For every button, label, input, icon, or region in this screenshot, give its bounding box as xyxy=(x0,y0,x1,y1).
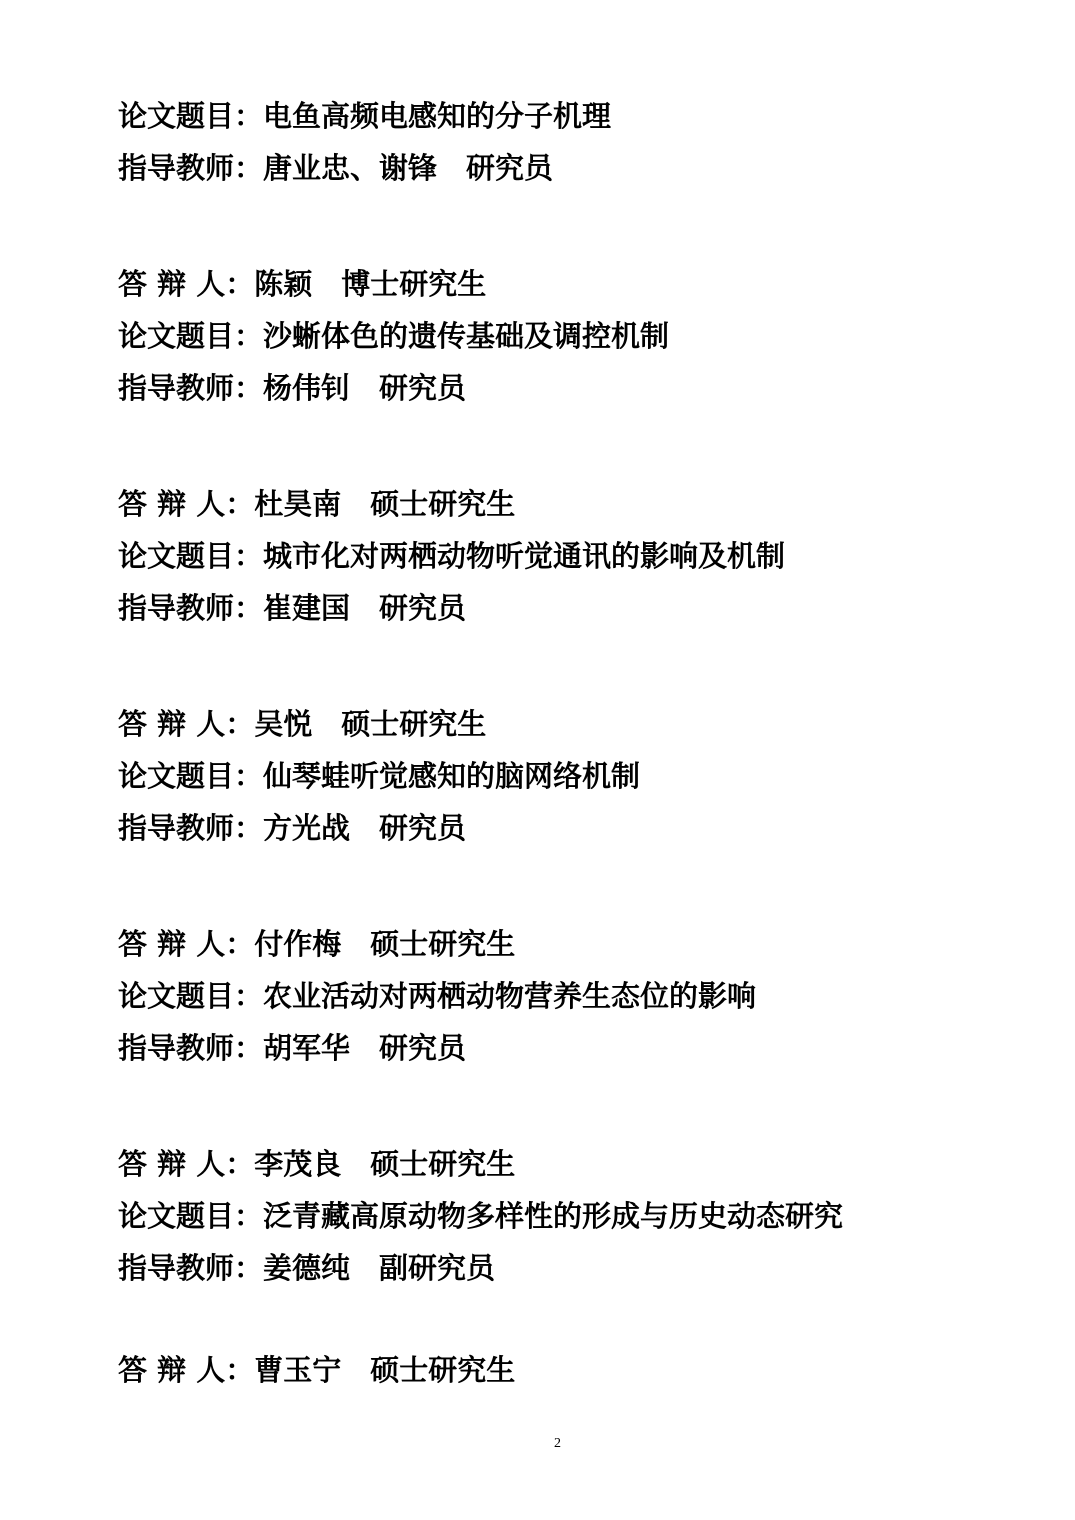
defender-name: 付作梅 硕士研究生 xyxy=(254,927,515,961)
thesis-title-line: 论文题目：沙蜥体色的遗传基础及调控机制 xyxy=(118,318,669,354)
page-number: 2 xyxy=(0,1436,1075,1452)
thesis-title-line: 论文题目：电鱼高频电感知的分子机理 xyxy=(118,98,611,134)
advisor-name: 胡军华 研究员 xyxy=(263,1031,466,1065)
defender-label: 答 辩 人： xyxy=(118,1146,254,1182)
defender-line: 答 辩 人：杜昊南 硕士研究生 xyxy=(118,486,515,522)
thesis-title-line: 论文题目：农业活动对两栖动物营养生态位的影响 xyxy=(118,978,756,1014)
advisor-name: 唐业忠、谢锋 研究员 xyxy=(263,151,553,185)
thesis-title-label: 论文题目： xyxy=(118,318,263,354)
defender-name: 李茂良 硕士研究生 xyxy=(254,1147,515,1181)
advisor-line: 指导教师：姜德纯 副研究员 xyxy=(118,1250,495,1286)
advisor-line: 指导教师：胡军华 研究员 xyxy=(118,1030,466,1066)
thesis-title-line: 论文题目：仙琴蛙听觉感知的脑网络机制 xyxy=(118,758,640,794)
defender-line: 答 辩 人：吴悦 硕士研究生 xyxy=(118,706,486,742)
defender-label: 答 辩 人： xyxy=(118,266,254,302)
thesis-title: 仙琴蛙听觉感知的脑网络机制 xyxy=(263,759,640,793)
advisor-line: 指导教师：方光战 研究员 xyxy=(118,810,466,846)
advisor-line: 指导教师：崔建国 研究员 xyxy=(118,590,466,626)
thesis-title-label: 论文题目： xyxy=(118,978,263,1014)
advisor-label: 指导教师： xyxy=(118,370,263,406)
defender-label: 答 辩 人： xyxy=(118,486,254,522)
defender-name: 杜昊南 硕士研究生 xyxy=(254,487,515,521)
thesis-title-label: 论文题目： xyxy=(118,98,263,134)
advisor-name: 方光战 研究员 xyxy=(263,811,466,845)
advisor-line: 指导教师：唐业忠、谢锋 研究员 xyxy=(118,150,553,186)
advisor-label: 指导教师： xyxy=(118,1250,263,1286)
thesis-title: 沙蜥体色的遗传基础及调控机制 xyxy=(263,319,669,353)
defender-line: 答 辩 人：曹玉宁 硕士研究生 xyxy=(118,1352,515,1388)
defender-label: 答 辩 人： xyxy=(118,926,254,962)
advisor-name: 崔建国 研究员 xyxy=(263,591,466,625)
thesis-title-label: 论文题目： xyxy=(118,758,263,794)
thesis-title-line: 论文题目：泛青藏高原动物多样性的形成与历史动态研究 xyxy=(118,1198,843,1234)
thesis-title: 电鱼高频电感知的分子机理 xyxy=(263,99,611,133)
defender-label: 答 辩 人： xyxy=(118,706,254,742)
defender-line: 答 辩 人：付作梅 硕士研究生 xyxy=(118,926,515,962)
advisor-label: 指导教师： xyxy=(118,150,263,186)
advisor-label: 指导教师： xyxy=(118,810,263,846)
thesis-title-label: 论文题目： xyxy=(118,1198,263,1234)
advisor-line: 指导教师：杨伟钊 研究员 xyxy=(118,370,466,406)
thesis-title: 农业活动对两栖动物营养生态位的影响 xyxy=(263,979,756,1013)
defender-name: 吴悦 硕士研究生 xyxy=(254,707,486,741)
defender-label: 答 辩 人： xyxy=(118,1352,254,1388)
advisor-name: 杨伟钊 研究员 xyxy=(263,371,466,405)
defender-name: 曹玉宁 硕士研究生 xyxy=(254,1353,515,1387)
thesis-title-label: 论文题目： xyxy=(118,538,263,574)
defender-line: 答 辩 人：陈颖 博士研究生 xyxy=(118,266,486,302)
thesis-title: 泛青藏高原动物多样性的形成与历史动态研究 xyxy=(263,1199,843,1233)
thesis-title-line: 论文题目：城市化对两栖动物听觉通讯的影响及机制 xyxy=(118,538,785,574)
advisor-label: 指导教师： xyxy=(118,590,263,626)
advisor-label: 指导教师： xyxy=(118,1030,263,1066)
thesis-title: 城市化对两栖动物听觉通讯的影响及机制 xyxy=(263,539,785,573)
defender-name: 陈颖 博士研究生 xyxy=(254,267,486,301)
advisor-name: 姜德纯 副研究员 xyxy=(263,1251,495,1285)
defender-line: 答 辩 人：李茂良 硕士研究生 xyxy=(118,1146,515,1182)
